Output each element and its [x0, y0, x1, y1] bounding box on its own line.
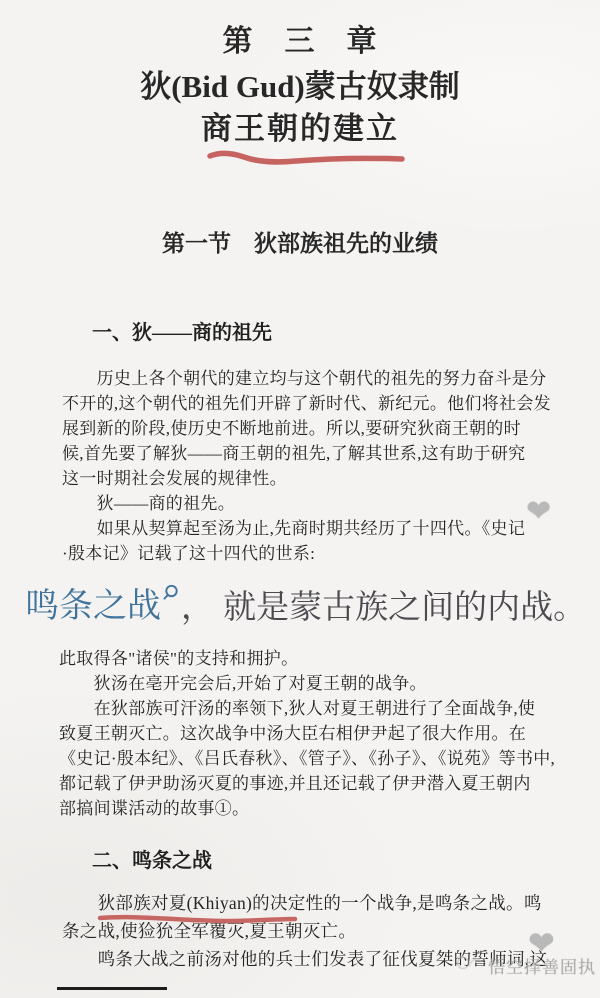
- chapter-number-title: 第 三 章: [0, 16, 600, 60]
- section-title: 第一节 狄部族祖先的业绩: [0, 225, 600, 258]
- subsection2-heading: 二、鸣条之战: [92, 844, 212, 873]
- watermark-logo-icon: [455, 954, 485, 977]
- chapter-title-line2: 狄(Bid Gud)蒙古奴隶制: [0, 61, 600, 106]
- paragraph-block-1: 历史上各个朝代的建立均与这个朝代的祖先的努力奋斗是分 不开的,这个朝代的祖先们开…: [62, 366, 562, 566]
- chapter-title-line3: 商王朝的建立: [0, 103, 600, 148]
- footnote-separator-rule: [57, 987, 167, 990]
- search-term-link[interactable]: 鸣条之战: [25, 582, 161, 630]
- watermark: 悟空择善固执: [398, 953, 596, 978]
- magnifier-icon[interactable]: [162, 584, 179, 609]
- red-underline-chapter-title: [206, 148, 408, 166]
- paragraph-block-2: 此取得各"诸侯"的支持和拥护。 狄汤在亳开完会后,开始了对夏王朝的战争。 在狄部…: [59, 646, 564, 821]
- scanned-book-page: 第 三 章 狄(Bid Gud)蒙古奴隶制 商王朝的建立 第一节 狄部族祖先的业…: [0, 0, 600, 998]
- watermark-text: 悟空择善固执: [488, 953, 596, 978]
- subsection1-heading: 一、狄——商的祖先: [92, 316, 272, 345]
- search-annotation-row: 鸣条之战 ， 就是蒙古族之间的内战。: [25, 582, 586, 631]
- search-annotation-sentence: ， 就是蒙古族之间的内战。: [181, 582, 586, 631]
- heart-icon: ❤: [526, 494, 551, 529]
